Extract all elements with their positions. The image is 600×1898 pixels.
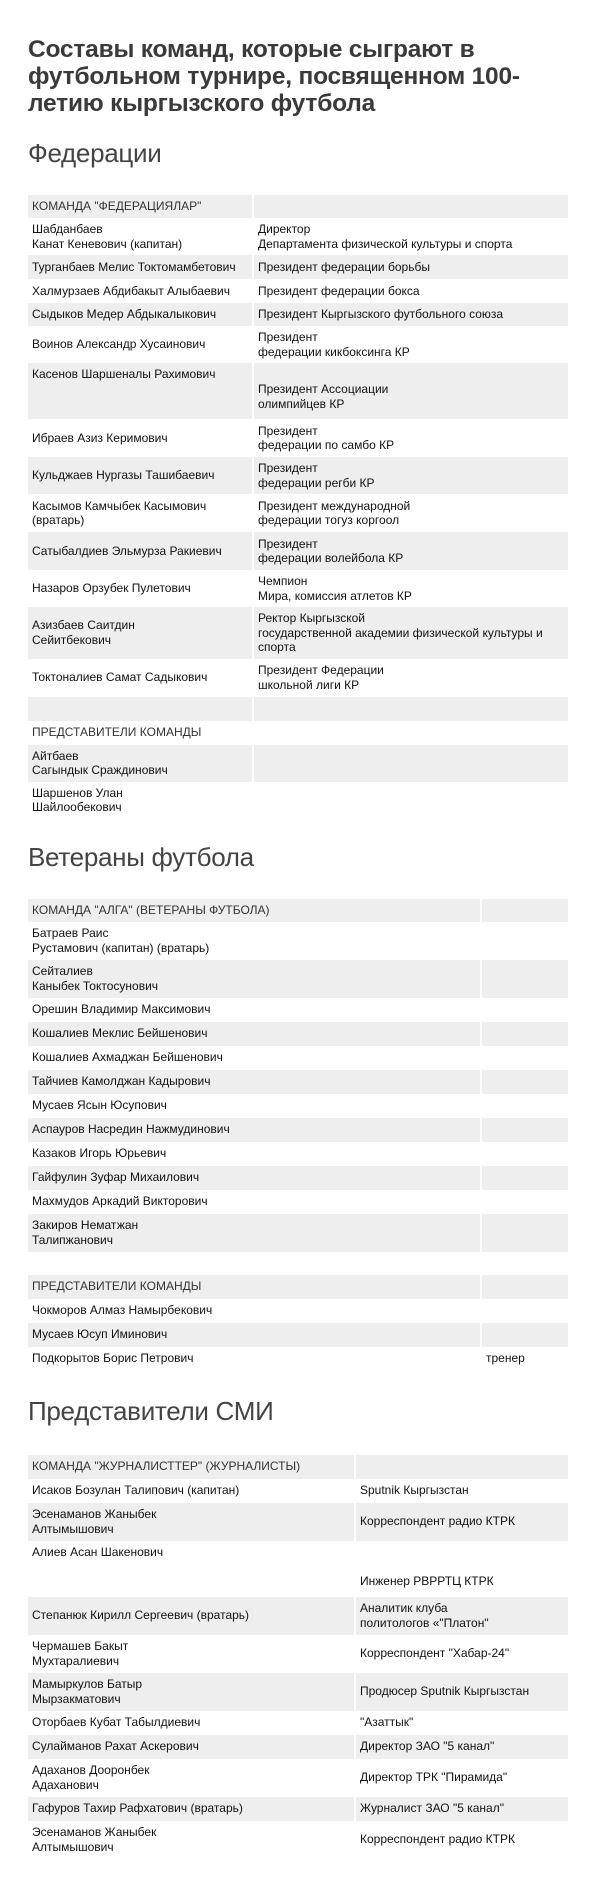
player-name-cell: Тайчиев Камолджан Кадырович	[28, 1070, 480, 1094]
player-name-cell: Токтоналиев Самат Садыкович	[28, 659, 252, 697]
player-name-cell: Батраев Раис Рустамович (капитан) (врата…	[28, 922, 480, 960]
team-header-cell: КОМАНДА "АЛГА" (ВЕТЕРАНЫ ФУТБОЛА)	[28, 899, 480, 922]
player-role-cell: Президент федерации борьбы	[254, 255, 568, 279]
player-role-cell	[482, 1094, 568, 1118]
player-role-cell: Журналист ЗАО "5 канал"	[356, 1797, 568, 1821]
table-row: Адаханов Дооронбек АдахановичДиректор ТР…	[28, 1759, 568, 1797]
player-role-cell	[482, 1118, 568, 1142]
reps-header-row: ПРЕДСТАВИТЕЛИ КОМАНДЫ	[28, 721, 568, 745]
team-header-empty-cell	[482, 1275, 568, 1299]
player-role-cell: Чемпион Мира, комиссия атлетов КР	[254, 570, 568, 607]
player-name-cell	[28, 697, 252, 721]
player-name-cell: Воинов Александр Хусаинович	[28, 326, 252, 363]
table-row: Турганбаев Мелис ТоктомамбетовичПрезиден…	[28, 255, 568, 279]
table-row: Степанюк Кирилл Сергеевич (вратарь)Анали…	[28, 1597, 568, 1635]
player-role-cell	[482, 1214, 568, 1252]
table-row: Мусаев Юсуп Иминович	[28, 1323, 568, 1347]
team-header-empty-cell	[254, 721, 568, 745]
table-row: Касенов Шаршеналы РахимовичПрезидент Асс…	[28, 363, 568, 419]
table-row: Оторбаев Кубат Табылдиевич"Азаттык"	[28, 1711, 568, 1735]
player-role-cell: Директор Департамента физической культур…	[254, 218, 568, 255]
team-header-cell: КОМАНДА "ЖУРНАЛИСТТЕР" (ЖУРНАЛИСТЫ)	[28, 1455, 354, 1479]
player-role-cell	[482, 1022, 568, 1046]
player-name-cell: Халмурзаев Абдибакыт Алыбаевич	[28, 279, 252, 303]
player-role-cell: Президент федерации регби КР	[254, 457, 568, 494]
table-row: Махмудов Аркадий Викторович	[28, 1190, 568, 1214]
section-title-veterans: Ветераны футбола	[28, 841, 572, 873]
player-role-cell: Аналитик клуба политологов «"Платон"	[356, 1597, 568, 1635]
table-row: Сатыбалдиев Эльмурза РакиевичПрезидент ф…	[28, 532, 568, 570]
player-role-cell: Корреспондент радио КТРК	[356, 1503, 568, 1541]
table-row: Подкорытов Борис Петровичтренер	[28, 1347, 568, 1371]
team-header-cell: ПРЕДСТАВИТЕЛИ КОМАНДЫ	[28, 721, 252, 745]
team-header-cell: КОМАНДА "ФЕДЕРАЦИЯЛАР"	[28, 195, 252, 218]
player-role-cell: Президент Ассоциации олимпийцев КР	[254, 363, 568, 419]
player-role-cell: Директор ЗАО "5 канал"	[356, 1735, 568, 1759]
player-role-cell: Президент международной федерации тогуз …	[254, 494, 568, 532]
player-role-cell: Президент федерации по самбо КР	[254, 419, 568, 457]
table-row: Исаков Бозулан Талипович (капитан)Sputni…	[28, 1479, 568, 1503]
player-name-cell: Алиев Асан Шакенович	[28, 1541, 354, 1597]
player-name-cell: Кошалиев Ахмаджан Бейшенович	[28, 1046, 480, 1070]
spacer-cell	[28, 1252, 568, 1275]
table-row: Гайфулин Зуфар Михаилович	[28, 1166, 568, 1190]
player-name-cell: Эсенаманов Жаныбек Алтымышович	[28, 1821, 354, 1859]
player-role-cell	[254, 745, 568, 782]
team-header-row: КОМАНДА "ФЕДЕРАЦИЯЛАР"	[28, 195, 568, 218]
player-role-cell	[482, 1323, 568, 1347]
player-name-cell: Шабданбаев Канат Кеневович (капитан)	[28, 218, 252, 255]
player-name-cell: Подкорытов Борис Петрович	[28, 1347, 480, 1371]
player-name-cell: Азизбаев Саитдин Сейитбекович	[28, 607, 252, 659]
player-role-cell: Корреспондент радио КТРК	[356, 1821, 568, 1859]
player-name-cell: Касымов Камчыбек Касымович (вратарь)	[28, 494, 252, 532]
table-row: Кульджаев Нургазы ТашибаевичПрезидент фе…	[28, 457, 568, 494]
player-name-cell: Мусаев Юсуп Иминович	[28, 1323, 480, 1347]
team-header-empty-cell	[254, 195, 568, 218]
table-row: Эсенаманов Жаныбек АлтымышовичКорреспонд…	[28, 1821, 568, 1859]
player-role-cell	[482, 1299, 568, 1323]
player-name-cell: Кульджаев Нургазы Ташибаевич	[28, 457, 252, 494]
page-title: Составы команд, которые сыграют в футбол…	[28, 0, 572, 117]
player-name-cell: Гайфулин Зуфар Михаилович	[28, 1166, 480, 1190]
team-header-row: КОМАНДА "АЛГА" (ВЕТЕРАНЫ ФУТБОЛА)	[28, 899, 568, 922]
player-role-cell: "Азаттык"	[356, 1711, 568, 1735]
table-row: Халмурзаев Абдибакыт АлыбаевичПрезидент …	[28, 279, 568, 303]
player-name-cell: Кошалиев Меклис Бейшенович	[28, 1022, 480, 1046]
player-role-cell	[254, 782, 568, 819]
player-name-cell: Мусаев Ясын Юсупович	[28, 1094, 480, 1118]
table-row: Кошалиев Меклис Бейшенович	[28, 1022, 568, 1046]
table-row: Орешин Владимир Максимович	[28, 998, 568, 1022]
player-role-cell: Президент Федерации школьной лиги КР	[254, 659, 568, 697]
team-header-empty-cell	[482, 899, 568, 922]
table-row: Сыдыков Медер АбдыкалыковичПрезидент Кыр…	[28, 303, 568, 326]
player-role-cell	[482, 1142, 568, 1166]
player-role-cell: Президент федерации волейбола КР	[254, 532, 568, 570]
table-row: Мамыркулов Батыр МырзакматовичПродюсер S…	[28, 1673, 568, 1711]
player-name-cell: Турганбаев Мелис Токтомамбетович	[28, 255, 252, 279]
player-name-cell: Сулайманов Рахат Аскерович	[28, 1735, 354, 1759]
table-row	[28, 697, 568, 721]
player-role-cell	[482, 998, 568, 1022]
player-name-cell: Казаков Игорь Юрьевич	[28, 1142, 480, 1166]
spacer-row	[28, 1252, 568, 1275]
player-role-cell: Ректор Кыргызской государственной академ…	[254, 607, 568, 659]
table-row: Батраев Раис Рустамович (капитан) (врата…	[28, 922, 568, 960]
player-name-cell: Сатыбалдиев Эльмурза Ракиевич	[28, 532, 252, 570]
player-name-cell: Эсенаманов Жаныбек Алтымышович	[28, 1503, 354, 1541]
player-role-cell: Корреспондент "Хабар-24"	[356, 1635, 568, 1673]
player-name-cell: Орешин Владимир Максимович	[28, 998, 480, 1022]
table-row: Ибраев Азиз КеримовичПрезидент федерации…	[28, 419, 568, 457]
table-row: Тайчиев Камолджан Кадырович	[28, 1070, 568, 1094]
player-name-cell: Сейталиев Каныбек Токтосунович	[28, 960, 480, 998]
player-name-cell: Касенов Шаршеналы Рахимович	[28, 363, 252, 419]
player-name-cell: Мамыркулов Батыр Мырзакматович	[28, 1673, 354, 1711]
table-row: Алиев Асан ШакеновичИнженер РВРРТЦ КТРК	[28, 1541, 568, 1597]
player-name-cell: Айтбаев Сагындык Сраждинович	[28, 745, 252, 782]
player-role-cell	[482, 922, 568, 960]
player-name-cell: Ибраев Азиз Керимович	[28, 419, 252, 457]
table-row: Казаков Игорь Юрьевич	[28, 1142, 568, 1166]
veterans-table: КОМАНДА "АЛГА" (ВЕТЕРАНЫ ФУТБОЛА)Батраев…	[26, 899, 570, 1371]
player-role-cell	[482, 1190, 568, 1214]
player-name-cell: Шаршенов Улан Шайлообекович	[28, 782, 252, 819]
player-role-cell: Продюсер Sputnik Кыргызстан	[356, 1673, 568, 1711]
player-name-cell: Чокморов Алмаз Намырбекович	[28, 1299, 480, 1323]
team-header-cell: ПРЕДСТАВИТЕЛИ КОМАНДЫ	[28, 1275, 480, 1299]
table-row: Воинов Александр ХусаиновичПрезидент фед…	[28, 326, 568, 363]
table-row: Кошалиев Ахмаджан Бейшенович	[28, 1046, 568, 1070]
table-row: Гафуров Тахир Рафхатович (вратарь)Журнал…	[28, 1797, 568, 1821]
table-row: Закиров Нематжан Талипжанович	[28, 1214, 568, 1252]
table-row: Чермашев Бакыт МухтаралиевичКорреспонден…	[28, 1635, 568, 1673]
table-row: Айтбаев Сагындык Сраждинович	[28, 745, 568, 782]
player-name-cell: Адаханов Дооронбек Адаханович	[28, 1759, 354, 1797]
player-role-cell: Президент федерации бокса	[254, 279, 568, 303]
player-name-cell: Гафуров Тахир Рафхатович (вратарь)	[28, 1797, 354, 1821]
article: Составы команд, которые сыграют в футбол…	[28, 0, 572, 1859]
federations-table: КОМАНДА "ФЕДЕРАЦИЯЛАР"Шабданбаев Канат К…	[26, 195, 570, 819]
team-header-empty-cell	[356, 1455, 568, 1479]
table-row: Касымов Камчыбек Касымович (вратарь)През…	[28, 494, 568, 532]
table-row: Токтоналиев Самат СадыковичПрезидент Фед…	[28, 659, 568, 697]
player-role-cell	[482, 1166, 568, 1190]
section-title-media: Представители СМИ	[28, 1395, 572, 1427]
player-role-cell: Директор ТРК "Пирамида"	[356, 1759, 568, 1797]
table-row: Шаршенов Улан Шайлообекович	[28, 782, 568, 819]
reps-header-row: ПРЕДСТАВИТЕЛИ КОМАНДЫ	[28, 1275, 568, 1299]
player-role-cell: Президент федерации кикбоксинга КР	[254, 326, 568, 363]
table-row: Сейталиев Каныбек Токтосунович	[28, 960, 568, 998]
table-row: Эсенаманов Жаныбек АлтымышовичКорреспонд…	[28, 1503, 568, 1541]
player-role-cell	[254, 697, 568, 721]
table-row: Чокморов Алмаз Намырбекович	[28, 1299, 568, 1323]
table-row: Азизбаев Саитдин СейитбековичРектор Кырг…	[28, 607, 568, 659]
media-table: КОМАНДА "ЖУРНАЛИСТТЕР" (ЖУРНАЛИСТЫ)Исако…	[26, 1455, 570, 1859]
player-role-cell	[482, 1070, 568, 1094]
team-header-row: КОМАНДА "ЖУРНАЛИСТТЕР" (ЖУРНАЛИСТЫ)	[28, 1455, 568, 1479]
table-row: Аспауров Насредин Нажмудинович	[28, 1118, 568, 1142]
table-row: Мусаев Ясын Юсупович	[28, 1094, 568, 1118]
player-name-cell: Оторбаев Кубат Табылдиевич	[28, 1711, 354, 1735]
player-role-cell: тренер	[482, 1347, 568, 1371]
table-row: Назаров Орзубек ПулетовичЧемпион Мира, к…	[28, 570, 568, 607]
player-name-cell: Чермашев Бакыт Мухтаралиевич	[28, 1635, 354, 1673]
player-role-cell: Инженер РВРРТЦ КТРК	[356, 1541, 568, 1597]
player-name-cell: Степанюк Кирилл Сергеевич (вратарь)	[28, 1597, 354, 1635]
table-row: Шабданбаев Канат Кеневович (капитан)Дире…	[28, 218, 568, 255]
player-name-cell: Махмудов Аркадий Викторович	[28, 1190, 480, 1214]
player-role-cell: Sputnik Кыргызстан	[356, 1479, 568, 1503]
player-role-cell	[482, 1046, 568, 1070]
player-name-cell: Назаров Орзубек Пулетович	[28, 570, 252, 607]
table-row: Сулайманов Рахат АскеровичДиректор ЗАО "…	[28, 1735, 568, 1759]
player-name-cell: Сыдыков Медер Абдыкалыкович	[28, 303, 252, 326]
player-name-cell: Закиров Нематжан Талипжанович	[28, 1214, 480, 1252]
player-name-cell: Исаков Бозулан Талипович (капитан)	[28, 1479, 354, 1503]
section-title-federations: Федерации	[28, 137, 572, 169]
player-role-cell: Президент Кыргызского футбольного союза	[254, 303, 568, 326]
player-name-cell: Аспауров Насредин Нажмудинович	[28, 1118, 480, 1142]
player-role-cell	[482, 960, 568, 998]
